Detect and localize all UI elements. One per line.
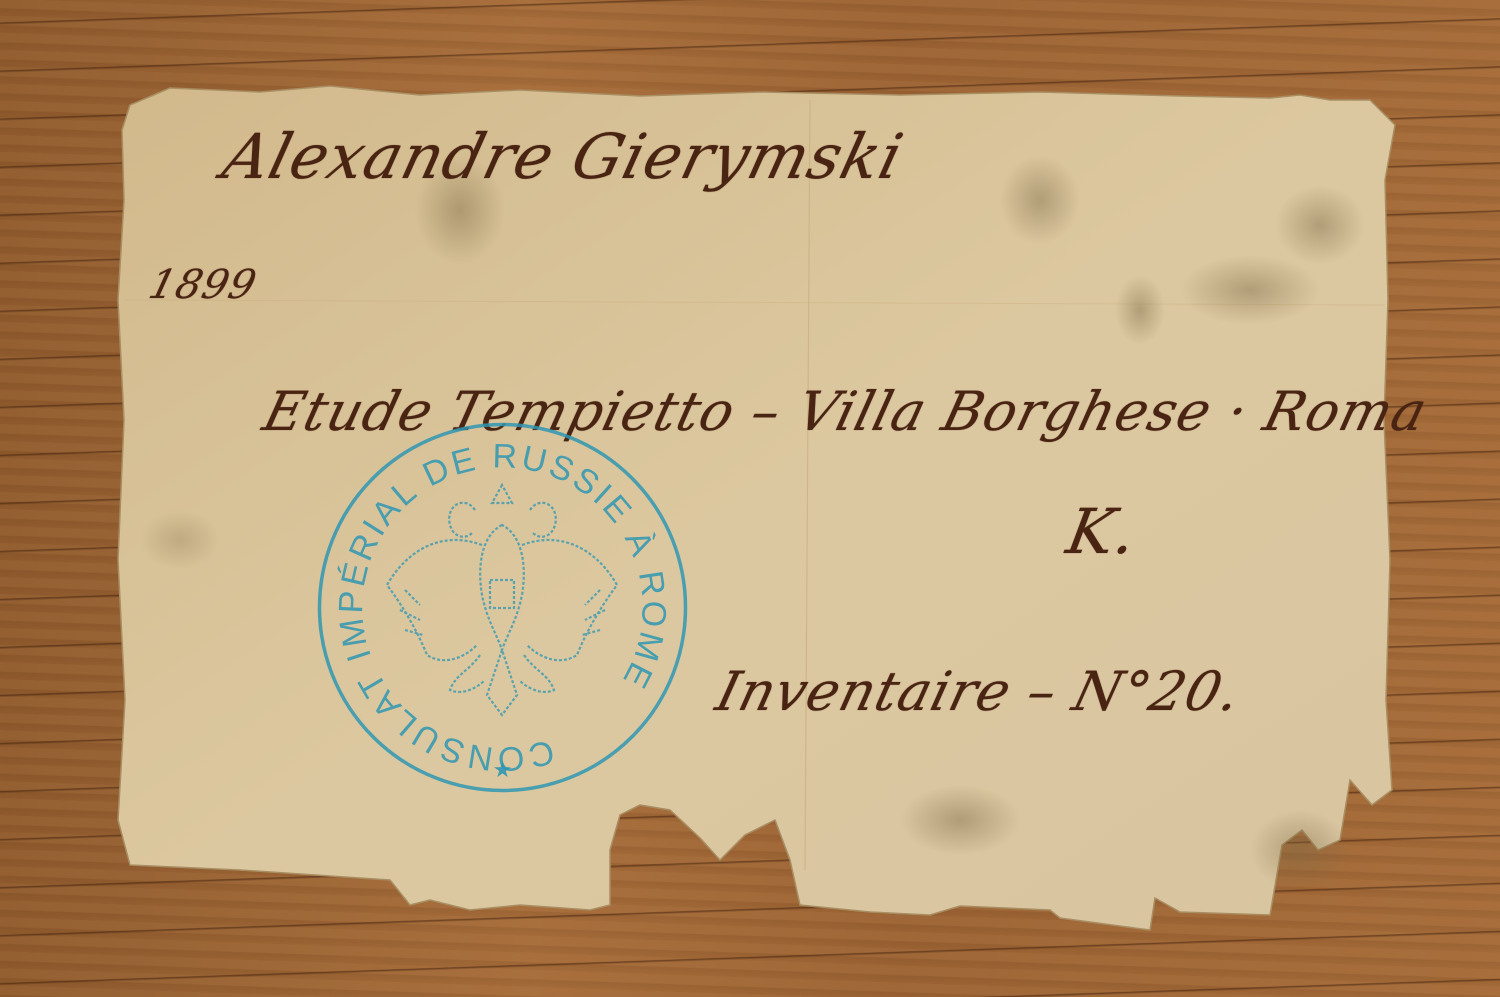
artist-name-handwriting: Alexandre Gierymski [216, 120, 911, 193]
consulate-stamp: CONSULAT IMPÉRIAL DE RUSSIE À ROME ★ [310, 415, 695, 800]
star-icon: ★ [493, 758, 513, 783]
stamp-outer-ring [320, 425, 686, 791]
stamp-ring-text: CONSULAT IMPÉRIAL DE RUSSIE À ROME [310, 415, 695, 800]
inventory-number-handwriting: Inventaire – N°20. [710, 660, 1247, 723]
year-handwriting: 1899 [144, 262, 261, 308]
double-headed-eagle-icon [387, 485, 617, 715]
svg-text:CONSULAT IMPÉRIAL DE RUSSIE À: CONSULAT IMPÉRIAL DE RUSSIE À ROME [310, 415, 695, 800]
k-mark-handwriting: K. [1062, 495, 1143, 568]
